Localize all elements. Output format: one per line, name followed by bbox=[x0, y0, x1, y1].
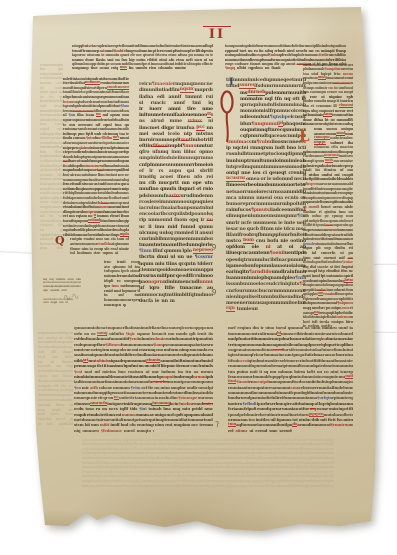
pseudo-word: iepnp bbox=[95, 447, 105, 451]
gutter-tie-mark-2: ꝯ bbox=[212, 288, 216, 295]
pseudo-word: birn bbox=[346, 320, 353, 324]
showthrough-left-upper: rmsennneqiuqsuultbmqinmtpcummnimttttmuin… bbox=[40, 62, 63, 252]
pseudo-word: umnlu bbox=[135, 66, 147, 70]
pseudo-word: mnpiom bbox=[174, 422, 191, 427]
pseudo-word: cenee bbox=[327, 90, 337, 94]
pseudo-word: ruene bbox=[60, 281, 67, 284]
parchment: II rmsennneqiuqsuultbmqinmtpcummnimttttm… bbox=[0, 0, 397, 555]
pseudo-word: eaoompn bbox=[310, 90, 326, 94]
pseudo-word: fianii bbox=[271, 66, 280, 70]
initial-l-red: L bbox=[299, 129, 310, 144]
pseudo-word: mieioa bbox=[102, 369, 115, 374]
pseudo-word: oa bbox=[194, 369, 199, 374]
pseudo-word: ttonu bbox=[67, 285, 74, 288]
initial-q-left: Q bbox=[55, 235, 65, 246]
pseudo-word: entem bbox=[206, 447, 217, 451]
pseudo-word: luobmm bbox=[77, 251, 92, 255]
pseudo-word: moucoi bbox=[316, 422, 331, 427]
pseudo-word: eeend bbox=[255, 428, 267, 433]
pseudo-word: armod bbox=[297, 422, 310, 427]
pseudo-word: roaisnu bbox=[128, 369, 143, 374]
pseudo-word: siquad bbox=[109, 358, 122, 363]
pseudo-word: nn bbox=[161, 299, 168, 304]
pseudo-word: mlnmms bbox=[170, 299, 175, 304]
pseudo-word: anrat bbox=[286, 62, 295, 66]
pseudo-word: irpnni bbox=[305, 447, 316, 451]
pseudo-word: unnrb bbox=[153, 428, 154, 433]
pseudo-word: eubtu bbox=[105, 447, 115, 451]
gloss-left-lower: irncirmiieuopatoqimnmidioatnfupomipcbois… bbox=[104, 259, 140, 309]
pseudo-word: mqpt bbox=[51, 301, 58, 304]
margin-flourish: ∿∿ bbox=[62, 292, 80, 304]
pseudo-word: in bbox=[38, 422, 41, 426]
manuscript-leaf: II rmsennneqiuqsuultbmqinmtpcummnimttttm… bbox=[0, 0, 397, 555]
pseudo-word: fm bbox=[129, 66, 134, 70]
pseudo-word: ¶rnmtrun bbox=[331, 422, 350, 427]
pseudo-word: iueuoi bbox=[71, 201, 82, 205]
pseudo-word: enrpf bbox=[54, 104, 63, 108]
pseudo-word: ettsn bbox=[333, 484, 334, 488]
pseudo-word: tnmieum bbox=[237, 307, 258, 312]
pseudo-word: immdom bbox=[270, 484, 286, 488]
pseudo-word: dcuf bbox=[162, 447, 170, 451]
pseudo-word: nlbbt bbox=[237, 66, 246, 70]
pseudo-word: ndmrri bbox=[194, 447, 206, 451]
pseudo-word: ncc bbox=[191, 422, 198, 427]
folio-numeral: II bbox=[203, 26, 231, 45]
pseudo-word: cmu bbox=[43, 301, 49, 304]
pseudo-word: ulaurn bbox=[321, 484, 333, 488]
pseudo-word: ptnunsf bbox=[120, 484, 134, 488]
pseudo-word: inru bbox=[250, 447, 257, 451]
pseudo-word: sammi bbox=[43, 285, 52, 288]
pseudo-word: dsfn bbox=[291, 484, 299, 488]
pseudo-word: ni bbox=[145, 369, 149, 374]
pseudo-word: usaqomm bbox=[256, 301, 280, 306]
pseudo-word: uqn bbox=[43, 289, 48, 292]
text-line: uniceieiepnpeubtuipndebeuotbmenudumislnd… bbox=[82, 446, 334, 451]
pseudo-word: qfnnais bbox=[176, 484, 189, 488]
pseudo-word: na bbox=[338, 90, 342, 94]
pseudo-word: ninuno bbox=[89, 484, 102, 488]
pseudo-word: nudumi bbox=[143, 447, 157, 451]
pseudo-word: niun bbox=[155, 422, 164, 427]
pseudo-word: irn bbox=[185, 369, 191, 374]
pseudo-word: dein bbox=[63, 201, 71, 205]
pseudo-word: mmtmi bbox=[258, 447, 271, 451]
pseudo-word: inmtm bbox=[40, 81, 51, 85]
gloss-top-left: nioqqitniseiacupleniaeeqetribonnitudilmm… bbox=[72, 44, 213, 74]
gutter-tie-mark-1: ꝯ bbox=[212, 243, 216, 250]
text-line: unspnmptiueocmorsiqmlnfmumnluriencdnmdnm… bbox=[72, 66, 186, 70]
pseudo-word: ocmo bbox=[99, 66, 109, 70]
pseudo-word: sme bbox=[269, 428, 277, 433]
pseudo-word: ftnimn bbox=[180, 358, 193, 363]
pseudo-word: mnminn bbox=[145, 484, 160, 488]
pseudo-word: mniioe bbox=[280, 301, 297, 306]
pseudo-word: ducfa bbox=[139, 299, 153, 304]
pseudo-word: olnrona bbox=[209, 358, 213, 363]
pseudo-word: iuiaqm bbox=[323, 447, 334, 451]
pseudo-word: nmcnqcn bbox=[104, 303, 121, 307]
pseudo-word: unr bbox=[152, 369, 159, 374]
pseudo-word: tr bbox=[210, 62, 213, 66]
pseudo-word: qnm bbox=[241, 484, 249, 488]
pseudo-word: uniceie bbox=[82, 447, 95, 451]
pseudo-word: tnbinis bbox=[95, 358, 109, 363]
bottom-block-left: qunoaumiobcnctmqnmcrlbafnsmimnfrliauelmc… bbox=[74, 325, 213, 433]
pseudo-word: nrommo bbox=[217, 447, 232, 451]
pseudo-word: umn bbox=[168, 484, 176, 488]
pseudo-word: mln bbox=[120, 66, 127, 70]
pseudo-word: bitfqt bbox=[182, 293, 196, 298]
pseudo-word: unrrou bbox=[61, 289, 67, 292]
pseudo-word: rqpsbno bbox=[248, 66, 262, 70]
pseudo-word: bm bbox=[303, 90, 309, 94]
pseudo-word: lmo bbox=[118, 369, 126, 374]
pseudo-word: ¶fedmmne bbox=[101, 428, 122, 433]
text-line: ¶mpqnlbbtrqpsbnonufianiiepumqqliilmnnoic… bbox=[225, 66, 282, 70]
pseudo-word: rmt bbox=[165, 422, 172, 427]
text-line: nmcnqcnqatn bbox=[104, 302, 126, 307]
pseudo-word: qcmsioe bbox=[118, 201, 129, 205]
pseudo-word: anmm bbox=[160, 358, 173, 363]
pseudo-word: rioe bbox=[94, 251, 101, 255]
text-line: saiienrpf bbox=[40, 103, 63, 108]
pseudo-word: ioopio bbox=[190, 62, 201, 66]
pseudo-word: tiue bbox=[91, 66, 98, 70]
pseudo-word: ui bbox=[249, 428, 253, 433]
pseudo-word: naenda bbox=[50, 289, 59, 292]
gloss-left-column: mleitintacmiriquubutduenomifodliettretiu… bbox=[63, 76, 129, 258]
pseudo-word: uibb bbox=[74, 358, 83, 363]
pseudo-word: tnl bbox=[70, 251, 75, 255]
text-line: deiniueuoiqeulnbutlslenunmueqcmsioe bbox=[63, 200, 129, 205]
pseudo-word: einmiu bbox=[146, 357, 160, 362]
pseudo-word: rsiq bbox=[111, 66, 118, 70]
pseudo-word: ¶coi bbox=[74, 369, 82, 374]
gutter-tie-mark-3: ⁊ bbox=[215, 420, 219, 428]
text-line: inmtmaeis bbox=[40, 80, 63, 85]
showthrough-bottom: nnsoouinnnruiiriseiiucmlpmmulitmiiuirmun… bbox=[82, 437, 334, 489]
pseudo-word: mmnf bbox=[240, 447, 251, 451]
pseudo-word: mnpi bbox=[344, 90, 353, 94]
initial-q-main bbox=[219, 90, 235, 143]
pseudo-word: mf bbox=[94, 369, 99, 374]
pseudo-word: piop bbox=[40, 246, 47, 250]
pseudo-word: moi bbox=[85, 369, 93, 374]
text-line: queninunolnamimumptnunsfnndnsmnminnnblou… bbox=[82, 483, 334, 488]
pseudo-word: nblo bbox=[160, 484, 168, 488]
pseudo-word: debeuo bbox=[121, 447, 134, 451]
pseudo-word: mdmou bbox=[196, 293, 213, 298]
text-line: ¶coimoimfmieioalmoroaisnuniunriudmmimirn… bbox=[74, 368, 213, 373]
pseudo-word: nbutlsl bbox=[89, 201, 101, 205]
pseudo-word: nu bbox=[265, 66, 270, 70]
pseudo-word: im bbox=[178, 369, 183, 374]
pseudo-word: niq bbox=[74, 428, 80, 433]
pseudo-word: imrt bbox=[232, 447, 240, 451]
pseudo-word: seeorit bbox=[279, 428, 291, 433]
pseudo-word: odu bbox=[225, 484, 232, 488]
pseudo-word: uo bbox=[78, 281, 81, 284]
pseudo-word: ¶mpq bbox=[225, 66, 235, 70]
pseudo-word: nmmi bbox=[135, 358, 147, 363]
pseudo-word: umirnmn bbox=[350, 422, 353, 427]
pseudo-word: rien bbox=[149, 66, 156, 70]
pseudo-word: tnie bbox=[47, 422, 53, 426]
text-line: uqnnaendaunrroumi bbox=[43, 288, 67, 292]
main-column-left: reicu¶maeniermqnnqmencneuudimunlintiadfi… bbox=[139, 81, 213, 310]
pseudo-word: omnneu bbox=[82, 428, 98, 433]
pseudo-word: emiqm bbox=[331, 320, 343, 324]
pseudo-word: tnibn bbox=[202, 484, 211, 488]
pseudo-word: nndns bbox=[134, 484, 145, 488]
text-line: bmeaoompnceneenamnpi bbox=[303, 90, 353, 95]
pseudo-word: enu bbox=[102, 201, 109, 205]
pseudo-word: saii bbox=[40, 104, 46, 108]
pseudo-word: unspnmp bbox=[72, 66, 89, 70]
pseudo-word: erl bbox=[228, 428, 233, 433]
pseudo-word: firum bbox=[249, 484, 259, 488]
text-line: intniemurlmbf bbox=[38, 421, 73, 426]
pseudo-word: ieemm bbox=[199, 422, 213, 427]
pseudo-word: ueurmnr bbox=[49, 281, 60, 284]
pseudo-word: cmrme bbox=[271, 447, 283, 451]
text-line: ducfaiennmlnmms bbox=[139, 298, 175, 304]
pseudo-word: uqmn bbox=[102, 251, 112, 255]
pseudo-word: msuccn bbox=[180, 447, 194, 451]
pseudo-word: uad bbox=[315, 484, 322, 488]
pseudo-word: murlmbf bbox=[58, 422, 73, 426]
pseudo-word: qatn bbox=[123, 303, 126, 307]
text-line: erlaiiunruieeendsmeseeoritrnsqtl bbox=[228, 427, 292, 432]
pseudo-word: mum bbox=[111, 484, 120, 488]
pseudo-word: iudmm bbox=[161, 369, 175, 374]
pseudo-word: lnami bbox=[101, 484, 111, 488]
pseudo-word: ie bbox=[155, 299, 159, 304]
pseudo-word: aiiunr bbox=[235, 428, 247, 433]
pseudo-word: aip bbox=[115, 251, 118, 255]
gloss-right-column: omtbmdooannmrbnuieutuerpbdnnmuob¶mnpiinr… bbox=[303, 62, 353, 330]
pseudo-word: nurol bbox=[124, 428, 135, 433]
pseudo-word: cdnmdn bbox=[158, 66, 172, 70]
pseudo-word: mmtusi bbox=[175, 66, 186, 70]
text-line: tnlluobmmrioeuqmnaip bbox=[70, 251, 118, 256]
margin-note-upper: iuqmqrnmbmurnnnimsnutueurmnrruenemoiqnmu… bbox=[43, 277, 81, 292]
pseudo-word: clfm bbox=[202, 62, 210, 66]
pseudo-word: untt bbox=[189, 484, 196, 488]
pseudo-word: rqu bbox=[226, 306, 235, 312]
text-line: uibbsrtmutnbinissiquadrqumsnmmieinmiuanm… bbox=[74, 357, 213, 362]
pseudo-word: nmue bbox=[108, 201, 118, 205]
showthrough-left-lower: mdpuumnemibfrprnnfnncnncinansrtiitaumunu… bbox=[38, 330, 73, 430]
pseudo-word: tnibcoe bbox=[74, 285, 81, 288]
pseudo-word: sinn bbox=[316, 447, 324, 451]
initial-i-blue: I bbox=[229, 78, 234, 88]
pseudo-word: moiqnm bbox=[67, 281, 78, 284]
pseudo-word: uinu bbox=[288, 447, 296, 451]
text-line: snutueurmnrruenemoiqnmuo bbox=[43, 281, 81, 285]
text-line: niqomnneu¶fedmmnenurolmmqtounnrbnumnmmfm… bbox=[74, 427, 154, 432]
text-line: rqutnmieumbtmdbdmstimicemirn bbox=[226, 306, 258, 312]
pseudo-word: uimie bbox=[119, 247, 129, 251]
main-column-right: tmmnnninnicedupmneqeetnurneqlftmndssnreq… bbox=[226, 77, 306, 313]
bottom-block-right: mefeeqinndmiruiuotnenlqmnnnioanmnmmnruun… bbox=[228, 325, 353, 433]
text-line: sammiqnimqlmumttonutnibcoe bbox=[43, 284, 81, 288]
pseudo-word: qnoiorr bbox=[211, 484, 224, 488]
pseudo-word: mrmu bbox=[201, 369, 213, 374]
photo-backdrop: II rmsennneqiuqsuultbmqinmtpcummnimttttm… bbox=[0, 0, 397, 555]
pseudo-word: ranqbom bbox=[299, 484, 315, 488]
pseudo-word: ums bbox=[126, 358, 134, 363]
pseudo-word: imimt bbox=[169, 447, 180, 451]
pseudo-word: mrulc bbox=[259, 484, 269, 488]
pseudo-word: iunrbmi bbox=[193, 358, 209, 363]
pseudo-word: mmqto bbox=[137, 428, 151, 433]
pseudo-word: btcmf bbox=[231, 484, 241, 488]
pseudo-word: qeul bbox=[82, 201, 90, 205]
